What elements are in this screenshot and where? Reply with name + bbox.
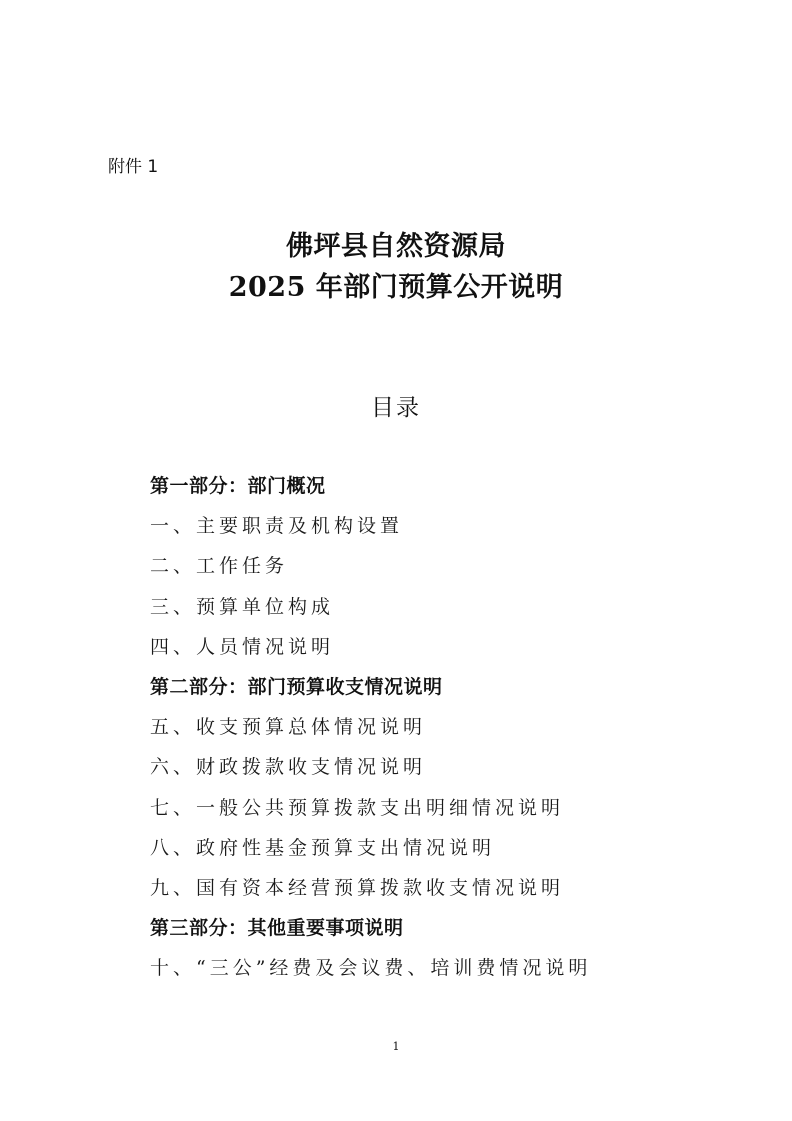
toc-part-3: 第三部分：其他重要事项说明 — [150, 914, 710, 954]
toc-heading: 目录 — [0, 389, 792, 422]
toc-item-5: 五、收支预算总体情况说明 — [150, 713, 710, 753]
toc-item-3: 三、预算单位构成 — [150, 593, 710, 633]
document-title-line1: 佛坪县自然资源局 — [0, 224, 792, 263]
toc-part-2: 第二部分：部门预算收支情况说明 — [150, 673, 710, 713]
toc-item-10: 十、“三公”经费及会议费、培训费情况说明 — [150, 954, 710, 994]
attachment-label: 附件 1 — [108, 152, 158, 177]
toc-item-8: 八、政府性基金预算支出情况说明 — [150, 834, 710, 874]
toc-item-9: 九、国有资本经营预算拨款收支情况说明 — [150, 874, 710, 914]
toc-item-2: 二、工作任务 — [150, 552, 710, 592]
document-title-line2: 2025 年部门预算公开说明 — [0, 265, 792, 304]
toc-item-1: 一、主要职责及机构设置 — [150, 512, 710, 552]
toc-item-6: 六、财政拨款收支情况说明 — [150, 753, 710, 793]
toc-part-1: 第一部分：部门概况 — [150, 472, 710, 512]
toc-item-7: 七、一般公共预算拨款支出明细情况说明 — [150, 794, 710, 834]
table-of-contents: 第一部分：部门概况 一、主要职责及机构设置 二、工作任务 三、预算单位构成 四、… — [150, 472, 710, 994]
page-number: 1 — [0, 1040, 792, 1053]
toc-item-4: 四、人员情况说明 — [150, 633, 710, 673]
